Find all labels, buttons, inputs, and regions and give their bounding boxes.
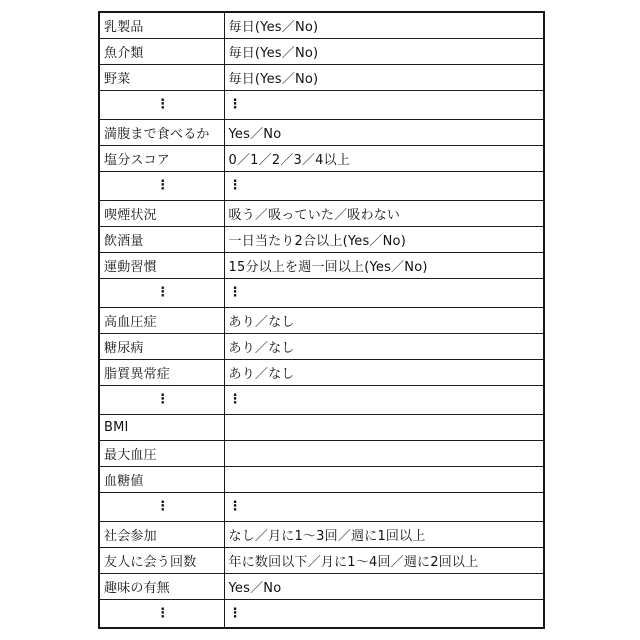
ellipsis-row: ⋮⋮: [99, 171, 544, 200]
item-value: 毎日(Yes／No): [224, 38, 544, 64]
item-label: 友人に会う回数: [99, 547, 224, 573]
vertical-ellipsis: ⋮: [99, 171, 224, 200]
table-body: 乳製品毎日(Yes／No)魚介類毎日(Yes／No)野菜毎日(Yes／No)⋮⋮…: [99, 12, 544, 628]
table-row: 満腹まで食べるかYes／No: [99, 119, 544, 145]
table-row: 社会参加なし／月に1～3回／週に1回以上: [99, 521, 544, 547]
item-label: BMI: [99, 414, 224, 440]
item-value: なし／月に1～3回／週に1回以上: [224, 521, 544, 547]
item-value: 吸う／吸っていた／吸わない: [224, 200, 544, 226]
table-row: 飲酒量一日当たり2合以上(Yes／No): [99, 226, 544, 252]
item-value: あり／なし: [224, 333, 544, 359]
item-label: 運動習慣: [99, 252, 224, 278]
item-value: 毎日(Yes／No): [224, 64, 544, 90]
vertical-ellipsis: ⋮: [224, 385, 544, 414]
item-value: あり／なし: [224, 359, 544, 385]
item-value: 0／1／2／3／4以上: [224, 145, 544, 171]
item-value: 年に数回以下／月に1～4回／週に2回以上: [224, 547, 544, 573]
vertical-ellipsis: ⋮: [224, 599, 544, 628]
item-value: Yes／No: [224, 573, 544, 599]
item-label: 社会参加: [99, 521, 224, 547]
questionnaire-table: 乳製品毎日(Yes／No)魚介類毎日(Yes／No)野菜毎日(Yes／No)⋮⋮…: [98, 11, 545, 629]
item-label: 乳製品: [99, 12, 224, 38]
item-label: 高血圧症: [99, 307, 224, 333]
vertical-ellipsis: ⋮: [99, 278, 224, 307]
table-row: 野菜毎日(Yes／No): [99, 64, 544, 90]
vertical-ellipsis: ⋮: [99, 385, 224, 414]
item-label: 満腹まで食べるか: [99, 119, 224, 145]
vertical-ellipsis: ⋮: [99, 90, 224, 119]
table-row: 血糖値: [99, 466, 544, 492]
item-value: [224, 414, 544, 440]
item-value: 毎日(Yes／No): [224, 12, 544, 38]
item-value: Yes／No: [224, 119, 544, 145]
item-label: 趣味の有無: [99, 573, 224, 599]
vertical-ellipsis: ⋮: [99, 599, 224, 628]
item-label: 喫煙状況: [99, 200, 224, 226]
item-value: [224, 440, 544, 466]
table-row: 最大血圧: [99, 440, 544, 466]
table-row: 運動習慣15分以上を週一回以上(Yes／No): [99, 252, 544, 278]
item-value: 一日当たり2合以上(Yes／No): [224, 226, 544, 252]
table-row: 糖尿病あり／なし: [99, 333, 544, 359]
table-row: 趣味の有無Yes／No: [99, 573, 544, 599]
vertical-ellipsis: ⋮: [99, 492, 224, 521]
document-page: 乳製品毎日(Yes／No)魚介類毎日(Yes／No)野菜毎日(Yes／No)⋮⋮…: [0, 0, 640, 640]
item-label: 糖尿病: [99, 333, 224, 359]
item-label: 塩分スコア: [99, 145, 224, 171]
ellipsis-row: ⋮⋮: [99, 385, 544, 414]
item-label: 脂質異常症: [99, 359, 224, 385]
table-row: 塩分スコア0／1／2／3／4以上: [99, 145, 544, 171]
table-row: 乳製品毎日(Yes／No): [99, 12, 544, 38]
item-label: 最大血圧: [99, 440, 224, 466]
ellipsis-row: ⋮⋮: [99, 90, 544, 119]
vertical-ellipsis: ⋮: [224, 492, 544, 521]
table-row: BMI: [99, 414, 544, 440]
ellipsis-row: ⋮⋮: [99, 599, 544, 628]
ellipsis-row: ⋮⋮: [99, 492, 544, 521]
items-table: 乳製品毎日(Yes／No)魚介類毎日(Yes／No)野菜毎日(Yes／No)⋮⋮…: [98, 11, 545, 629]
vertical-ellipsis: ⋮: [224, 278, 544, 307]
item-value: あり／なし: [224, 307, 544, 333]
table-row: 高血圧症あり／なし: [99, 307, 544, 333]
item-label: 血糖値: [99, 466, 224, 492]
vertical-ellipsis: ⋮: [224, 171, 544, 200]
table-row: 魚介類毎日(Yes／No): [99, 38, 544, 64]
item-label: 飲酒量: [99, 226, 224, 252]
item-value: 15分以上を週一回以上(Yes／No): [224, 252, 544, 278]
table-row: 喫煙状況吸う／吸っていた／吸わない: [99, 200, 544, 226]
table-row: 友人に会う回数年に数回以下／月に1～4回／週に2回以上: [99, 547, 544, 573]
ellipsis-row: ⋮⋮: [99, 278, 544, 307]
item-value: [224, 466, 544, 492]
table-row: 脂質異常症あり／なし: [99, 359, 544, 385]
item-label: 魚介類: [99, 38, 224, 64]
vertical-ellipsis: ⋮: [224, 90, 544, 119]
item-label: 野菜: [99, 64, 224, 90]
